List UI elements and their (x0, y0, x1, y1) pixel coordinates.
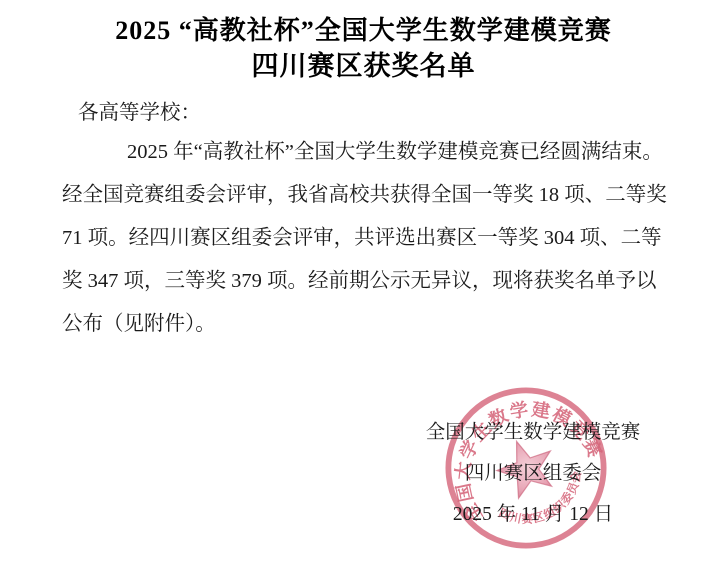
body-line: 2025 年“高教社杯”全国大学生数学建模竞赛已经圆满结束。 (62, 131, 666, 174)
body-line: 71 项。经四川赛区组委会评审，共评选出赛区一等奖 304 项、二等 (62, 217, 666, 260)
body-line: 奖 347 项，三等奖 379 项。经前期公示无异议，现将获奖名单予以 (62, 260, 666, 303)
title-line-2: 四川赛区获奖名单 (0, 48, 727, 84)
title-line-1: 2025 “高教社杯”全国大学生数学建模竞赛 (0, 14, 727, 48)
body-paragraph: 2025 年“高教社杯”全国大学生数学建模竞赛已经圆满结束。 经全国竞赛组委会评… (62, 131, 666, 346)
salutation: 各高等学校： (78, 100, 201, 126)
signature-date: 2025 年 11 月 12 日 (393, 494, 673, 535)
body-line: 公布（见附件）。 (62, 303, 666, 346)
signature-org-line-1: 全国大学生数学建模竞赛 (393, 412, 673, 453)
signature-block: 全国大学生数学建模竞赛 四川赛区组委会 2025 年 11 月 12 日 (393, 412, 673, 535)
document-page: 全国大学生数学建模竞赛 四川赛区组织委员会 2025 “高教社杯”全国大学生数学… (0, 0, 727, 576)
signature-org-line-2: 四川赛区组委会 (393, 453, 673, 494)
document-title: 2025 “高教社杯”全国大学生数学建模竞赛 四川赛区获奖名单 (0, 14, 727, 84)
body-line: 经全国竞赛组委会评审，我省高校共获得全国一等奖 18 项、二等奖 (62, 174, 666, 217)
